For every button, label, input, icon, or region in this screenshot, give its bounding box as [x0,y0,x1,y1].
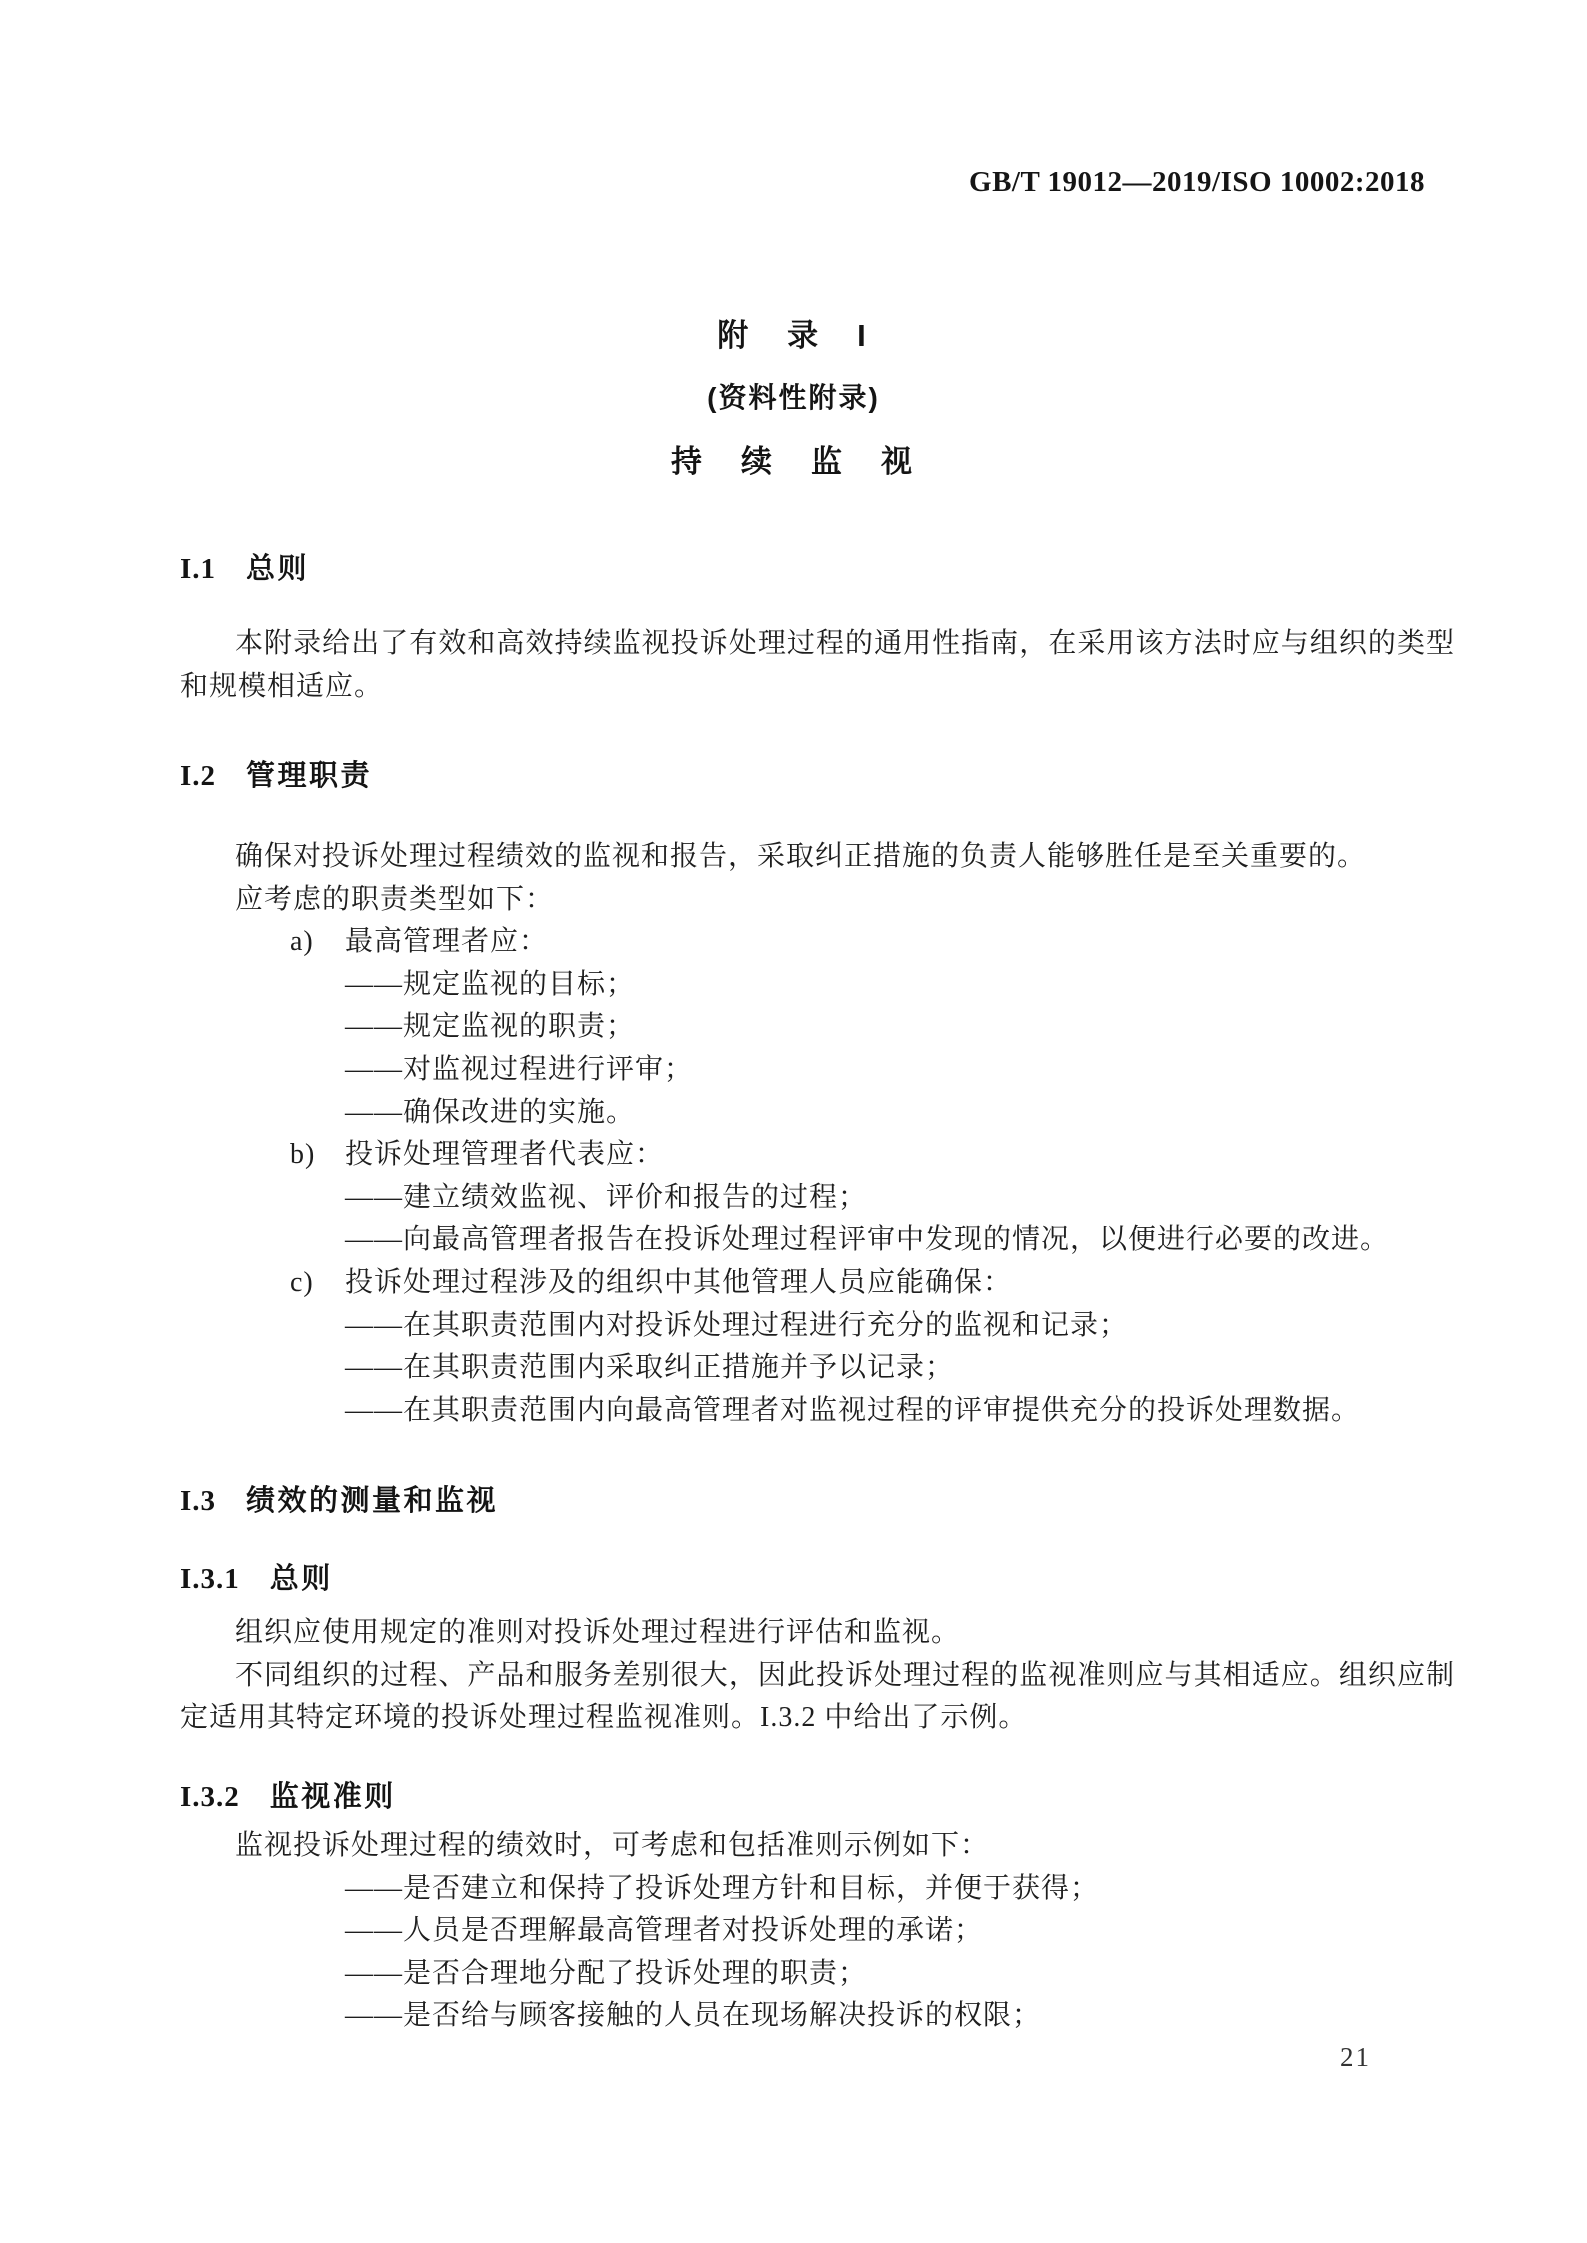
section-i32-body: 监视投诉处理过程的绩效时，可考虑和包括准则示例如下： ——是否建立和保持了投诉处… [180,1825,1455,2038]
section-heading-i31: I.3.1总则 [180,1556,1455,1597]
list-item-label: c) [235,1262,314,1305]
appendix-type: (资料性附录) [0,376,1587,416]
section-heading-i2: I.2管理职责 [180,753,1455,794]
dash-item: ——是否建立和保持了投诉处理方针和目标，并便于获得； [180,1868,1455,1911]
dash-item: ——向最高管理者报告在投诉处理过程评审中发现的情况，以便进行必要的改进。 [180,1219,1455,1262]
section-i2-body: 确保对投诉处理过程绩效的监视和报告，采取纠正措施的负责人能够胜任是至关重要的。 … [180,836,1455,1432]
paragraph: 组织应使用规定的准则对投诉处理过程进行评估和监视。 [180,1612,1455,1655]
list-item-text: 投诉处理过程涉及的组织中其他管理人员应能确保： [345,1267,1012,1298]
section-number: I.3 [180,1485,216,1517]
list-item-text: 投诉处理管理者代表应： [345,1139,664,1170]
dash-item: ——在其职责范围内向最高管理者对监视过程的评审提供充分的投诉处理数据。 [180,1390,1455,1433]
list-item-label: a) [235,921,314,964]
dash-item: ——在其职责范围内对投诉处理过程进行充分的监视和记录； [180,1305,1455,1348]
paragraph: 确保对投诉处理过程绩效的监视和报告，采取纠正措施的负责人能够胜任是至关重要的。 [180,836,1455,879]
page-number: 21 [1340,2042,1420,2073]
paragraph: 本附录给出了有效和高效持续监视投诉处理过程的通用性指南，在采用该方法时应与组织的… [180,623,1455,708]
section-heading-i32: I.3.2监视准则 [180,1774,1455,1815]
list-item-label: b) [235,1134,315,1177]
list-item-text: 最高管理者应： [345,926,548,957]
dash-item: ——在其职责范围内采取纠正措施并予以记录； [180,1347,1455,1390]
dash-item: ——是否给与顾客接触的人员在现场解决投诉的权限； [180,1995,1455,2038]
dash-item: ——确保改进的实施。 [180,1092,1455,1135]
list-item-b: b) 投诉处理管理者代表应： [180,1134,1455,1177]
section-heading-i1: I.1总则 [180,546,1455,587]
section-i1-body: 本附录给出了有效和高效持续监视投诉处理过程的通用性指南，在采用该方法时应与组织的… [180,623,1455,708]
section-i31-body: 组织应使用规定的准则对投诉处理过程进行评估和监视。 不同组织的过程、产品和服务差… [180,1612,1455,1740]
dash-item: ——规定监视的目标； [180,964,1455,1007]
document-page: GB/T 19012—2019/ISO 10002:2018 附 录 I (资料… [0,0,1587,2243]
section-number: I.3.1 [180,1563,240,1595]
section-number: I.3.2 [180,1781,240,1813]
section-number: I.1 [180,553,216,585]
doc-code: GB/T 19012—2019/ISO 10002:2018 [180,166,1455,199]
dash-item: ——人员是否理解最高管理者对投诉处理的承诺； [180,1910,1455,1953]
dash-item: ——建立绩效监视、评价和报告的过程； [180,1177,1455,1220]
section-heading-i3: I.3绩效的测量和监视 [180,1478,1455,1519]
section-number: I.2 [180,760,216,792]
appendix-title: 持 续 监 视 [0,436,1587,481]
section-title: 管理职责 [246,760,372,792]
list-item-a: a) 最高管理者应： [180,921,1455,964]
section-title: 总则 [246,553,309,585]
section-title: 总则 [270,1563,333,1595]
paragraph: 不同组织的过程、产品和服务差别很大，因此投诉处理过程的监视准则应与其相适应。组织… [180,1655,1455,1740]
dash-item: ——对监视过程进行评审； [180,1049,1455,1092]
appendix-label: 附 录 I [0,310,1587,355]
paragraph: 监视投诉处理过程的绩效时，可考虑和包括准则示例如下： [180,1825,1455,1868]
paragraph: 应考虑的职责类型如下： [180,879,1455,922]
list-item-c: c) 投诉处理过程涉及的组织中其他管理人员应能确保： [180,1262,1455,1305]
section-title: 绩效的测量和监视 [246,1485,498,1517]
dash-item: ——规定监视的职责； [180,1006,1455,1049]
dash-item: ——是否合理地分配了投诉处理的职责； [180,1953,1455,1996]
section-title: 监视准则 [270,1781,396,1813]
